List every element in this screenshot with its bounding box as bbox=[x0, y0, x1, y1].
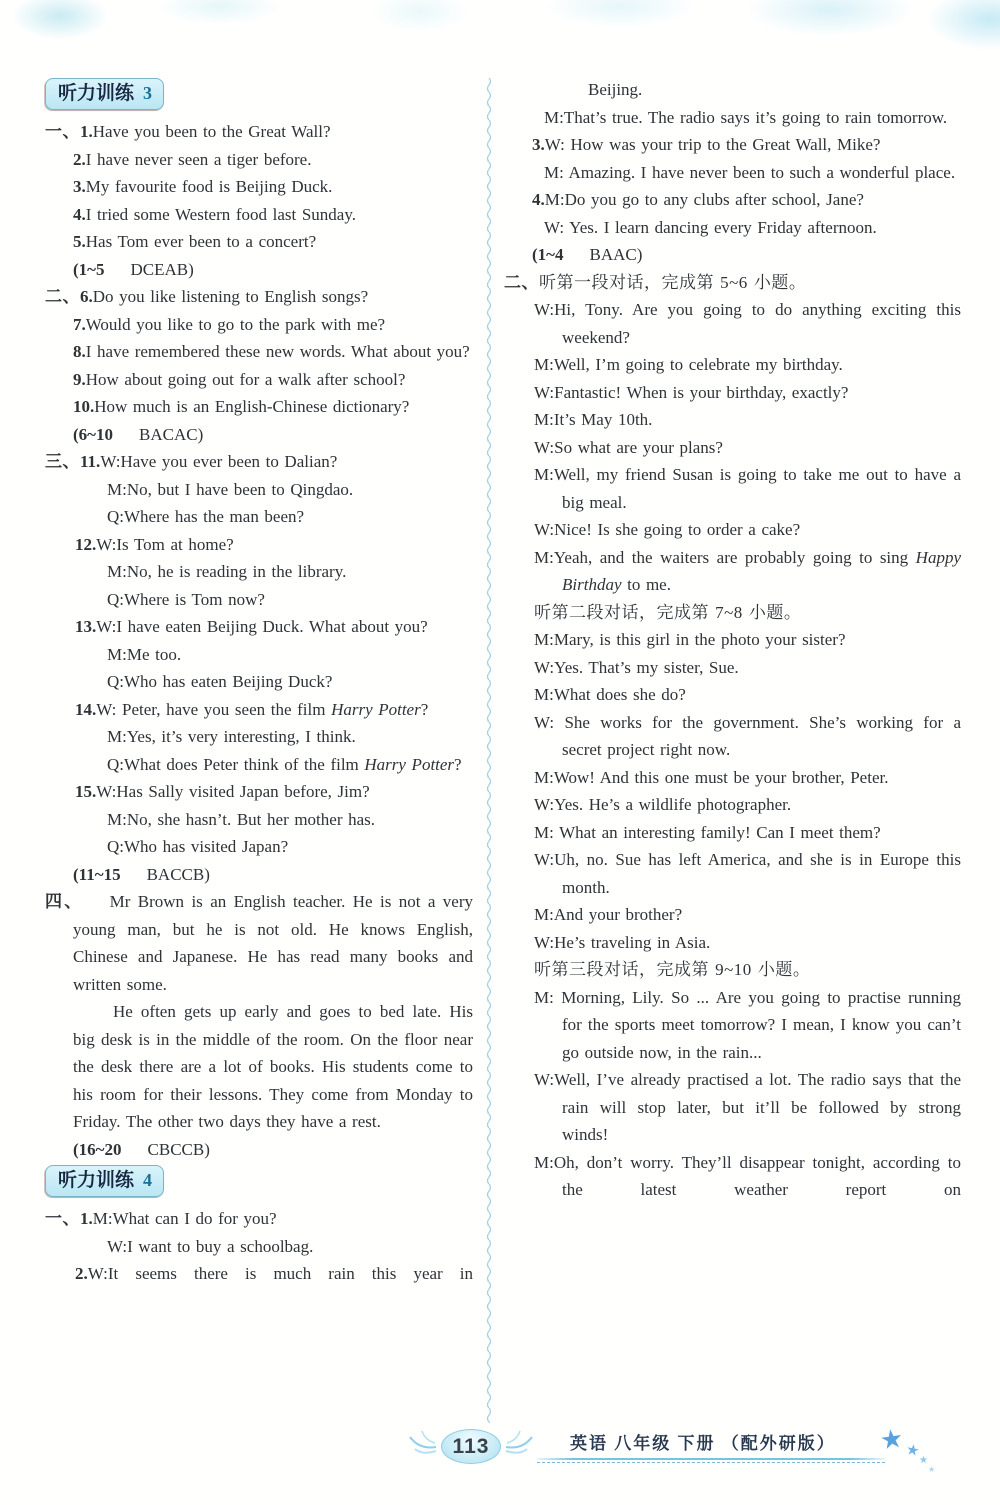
column-divider bbox=[483, 78, 495, 1428]
text-line: M:Mary, is this girl in the photo your s… bbox=[504, 626, 961, 654]
text-segment: 14. bbox=[75, 700, 96, 719]
text-line: M:Oh, don’t worry. They’ll disappear ton… bbox=[504, 1149, 961, 1204]
text-segment: He often gets up early and goes to bed l… bbox=[73, 1002, 473, 1131]
text-line: M:What does she do? bbox=[504, 681, 961, 709]
text-segment: DCEAB) bbox=[131, 260, 194, 279]
text-segment: (1~4 bbox=[532, 245, 564, 264]
text-segment: W: Yes. I learn dancing every Friday aft… bbox=[544, 218, 877, 237]
text-line: 4.M:Do you go to any clubs after school,… bbox=[504, 186, 961, 214]
badge-number: 3 bbox=[143, 83, 152, 103]
text-segment: Have you been to the Great Wall? bbox=[93, 122, 331, 141]
star-icon: ★ bbox=[919, 1456, 928, 1466]
text-line: 13.W:I have eaten Beijing Duck. What abo… bbox=[45, 613, 473, 641]
text-segment: W:I have eaten Beijing Duck. What about … bbox=[96, 617, 427, 636]
text-segment: W:It seems there is much rain this year … bbox=[88, 1264, 473, 1283]
text-segment: 3. bbox=[73, 177, 86, 196]
text-segment: M: Morning, Lily. So ... Are you going t… bbox=[534, 988, 961, 1062]
text-segment: W:Fantastic! When is your birthday, exac… bbox=[534, 383, 848, 402]
text-line: W:Yes. That’s my sister, Sue. bbox=[504, 654, 961, 682]
text-segment: M:That’s true. The radio says it’s going… bbox=[544, 108, 947, 127]
text-line: 二、6.Do you like listening to English son… bbox=[45, 283, 473, 311]
footer-book-title: 英语 八年级 下册 （配外研版） bbox=[570, 1429, 836, 1454]
text-line: M: What an interesting family! Can I mee… bbox=[504, 819, 961, 847]
text-line: W:Yes. He’s a wildlife photographer. bbox=[504, 791, 961, 819]
text-line: 二、听第一段对话，完成第 5~6 小题。 bbox=[504, 269, 961, 297]
text-segment: M: Amazing. I have never been to such a … bbox=[544, 163, 955, 182]
text-line: (6~10BACAC) bbox=[45, 421, 473, 449]
text-segment: Do you like listening to English songs? bbox=[93, 287, 368, 306]
text-segment: 15. bbox=[75, 782, 96, 801]
text-segment: How much is an English-Chinese dictionar… bbox=[94, 397, 409, 416]
text-segment: 12. bbox=[75, 535, 96, 554]
text-segment: 1. bbox=[80, 1209, 93, 1228]
text-segment: 3. bbox=[532, 135, 545, 154]
text-line: Q:Who has visited Japan? bbox=[45, 833, 473, 861]
text-line: W:Nice! Is she going to order a cake? bbox=[504, 516, 961, 544]
text-line: M:Well, my friend Susan is going to take… bbox=[504, 461, 961, 516]
section-badge: 听力训练3 bbox=[45, 78, 164, 110]
text-line: 三、11.W:Have you ever been to Dalian? bbox=[45, 448, 473, 476]
text-line: W: Yes. I learn dancing every Friday aft… bbox=[504, 214, 961, 242]
badge-label: 听力训练 bbox=[58, 83, 134, 104]
text-segment: Q:Where has the man been? bbox=[107, 507, 304, 526]
footer-rule-bottom bbox=[537, 1462, 885, 1463]
text-segment: M:What does she do? bbox=[534, 685, 686, 704]
text-segment: M:What can I do for you? bbox=[93, 1209, 277, 1228]
text-segment: M:Do you go to any clubs after school, J… bbox=[545, 190, 864, 209]
text-line: W:Hi, Tony. Are you going to do anything… bbox=[504, 296, 961, 351]
text-segment: M:No, she hasn’t. But her mother has. bbox=[107, 810, 375, 829]
text-line: 12.W:Is Tom at home? bbox=[45, 531, 473, 559]
text-segment: 4. bbox=[73, 205, 86, 224]
text-line: M:No, he is reading in the library. bbox=[45, 558, 473, 586]
text-segment: W:He’s traveling in Asia. bbox=[534, 933, 710, 952]
text-line: M:Yes, it’s very interesting, I think. bbox=[45, 723, 473, 751]
text-segment: W:Uh, no. Sue has left America, and she … bbox=[534, 850, 961, 897]
text-segment: Harry Potter bbox=[331, 700, 421, 719]
text-segment: W:Is Tom at home? bbox=[96, 535, 233, 554]
text-line: 9.How about going out for a walk after s… bbox=[45, 366, 473, 394]
text-segment: 2. bbox=[73, 150, 86, 169]
text-line: 15.W:Has Sally visited Japan before, Jim… bbox=[45, 778, 473, 806]
star-icon: ★ bbox=[878, 1426, 905, 1455]
text-line: 2.W:It seems there is much rain this yea… bbox=[45, 1260, 473, 1288]
page-body: 听力训练3一、1.Have you been to the Great Wall… bbox=[45, 76, 970, 1428]
text-line: W:So what are your plans? bbox=[504, 434, 961, 462]
text-segment: Harry Potter bbox=[364, 755, 454, 774]
star-icon: ★ bbox=[928, 1466, 935, 1474]
text-segment: W:So what are your plans? bbox=[534, 438, 723, 457]
text-segment: W: How was your trip to the Great Wall, … bbox=[545, 135, 881, 154]
text-line: 8.I have remembered these new words. Wha… bbox=[45, 338, 473, 366]
footer-stars-decoration: ★ ★ ★ ★ bbox=[876, 1425, 966, 1485]
text-segment: BACCB) bbox=[147, 865, 210, 884]
text-segment: W:Nice! Is she going to order a cake? bbox=[534, 520, 800, 539]
text-segment: 10. bbox=[73, 397, 94, 416]
text-line: Q:What does Peter think of the film Harr… bbox=[45, 751, 473, 779]
text-segment: (6~10 bbox=[73, 425, 113, 444]
text-segment: 三、 bbox=[45, 452, 80, 471]
left-column: 听力训练3一、1.Have you been to the Great Wall… bbox=[45, 76, 473, 1288]
text-segment: 四、 bbox=[45, 892, 84, 911]
text-segment: 8. bbox=[73, 342, 86, 361]
text-line: He often gets up early and goes to bed l… bbox=[45, 998, 473, 1136]
text-segment: M:And your brother? bbox=[534, 905, 682, 924]
text-segment: 1. bbox=[80, 122, 93, 141]
text-segment: W: She works for the government. She’s w… bbox=[534, 713, 961, 760]
text-line: W:Fantastic! When is your birthday, exac… bbox=[504, 379, 961, 407]
text-segment: M:No, he is reading in the library. bbox=[107, 562, 346, 581]
text-segment: M: What an interesting family! Can I mee… bbox=[534, 823, 881, 842]
text-line: (1~4BAAC) bbox=[504, 241, 961, 269]
text-segment: M:Wow! And this one must be your brother… bbox=[534, 768, 888, 787]
text-line: (11~15BACCB) bbox=[45, 861, 473, 889]
text-segment: W: Peter, have you seen the film bbox=[96, 700, 331, 719]
text-line: 7.Would you like to go to the park with … bbox=[45, 311, 473, 339]
text-segment: ? bbox=[454, 755, 462, 774]
text-segment: (16~20 bbox=[73, 1140, 122, 1159]
text-line: Beijing. bbox=[504, 76, 961, 104]
text-segment: 一、 bbox=[45, 122, 80, 141]
text-line: 听第三段对话，完成第 9~10 小题。 bbox=[504, 956, 961, 984]
text-segment: 听第一段对话，完成第 5~6 小题。 bbox=[539, 273, 806, 292]
text-line: M:No, she hasn’t. But her mother has. bbox=[45, 806, 473, 834]
text-line: Q:Where has the man been? bbox=[45, 503, 473, 531]
text-segment: M:Yeah, and the waiters are probably goi… bbox=[534, 548, 916, 567]
text-segment: ? bbox=[421, 700, 429, 719]
page-footer: 113 英语 八年级 下册 （配外研版） ★ ★ ★ ★ bbox=[0, 1421, 1000, 1501]
text-segment: I have never seen a tiger before. bbox=[86, 150, 312, 169]
text-segment: Has Tom ever been to a concert? bbox=[86, 232, 316, 251]
text-segment: Q:Who has visited Japan? bbox=[107, 837, 288, 856]
text-segment: (11~15 bbox=[73, 865, 121, 884]
text-line: W:Uh, no. Sue has left America, and she … bbox=[504, 846, 961, 901]
text-segment: Q:What does Peter think of the film bbox=[107, 755, 364, 774]
text-segment: 一、 bbox=[45, 1209, 80, 1228]
text-segment: Q:Who has eaten Beijing Duck? bbox=[107, 672, 332, 691]
text-segment: Would you like to go to the park with me… bbox=[86, 315, 385, 334]
text-segment: 2. bbox=[75, 1264, 88, 1283]
text-line: (16~20CBCCB) bbox=[45, 1136, 473, 1164]
footer-rule-top bbox=[537, 1458, 885, 1460]
text-line: M:Me too. bbox=[45, 641, 473, 669]
text-segment: M:Well, I’m going to celebrate my birthd… bbox=[534, 355, 843, 374]
text-segment: W:Yes. That’s my sister, Sue. bbox=[534, 658, 739, 677]
page-number-badge: 113 bbox=[408, 1427, 534, 1466]
footer-rule bbox=[537, 1458, 885, 1463]
text-line: 4.I tried some Western food last Sunday. bbox=[45, 201, 473, 229]
text-segment: 9. bbox=[73, 370, 86, 389]
section-badge: 听力训练4 bbox=[45, 1165, 164, 1197]
text-line: 3.W: How was your trip to the Great Wall… bbox=[504, 131, 961, 159]
text-segment: Q:Where is Tom now? bbox=[107, 590, 265, 609]
badge-number: 4 bbox=[143, 1170, 152, 1190]
text-segment: Mr Brown is an English teacher. He is no… bbox=[73, 892, 473, 994]
text-segment: (1~5 bbox=[73, 260, 105, 279]
text-line: W:He’s traveling in Asia. bbox=[504, 929, 961, 957]
text-segment: M:Yes, it’s very interesting, I think. bbox=[107, 727, 356, 746]
text-segment: M:No, but I have been to Qingdao. bbox=[107, 480, 353, 499]
text-segment: M:Oh, don’t worry. They’ll disappear ton… bbox=[534, 1153, 961, 1200]
text-segment: to me. bbox=[622, 575, 671, 594]
text-segment: 听第三段对话，完成第 9~10 小题。 bbox=[534, 960, 810, 979]
text-segment: Beijing. bbox=[588, 80, 642, 99]
text-line: 5.Has Tom ever been to a concert? bbox=[45, 228, 473, 256]
text-line: (1~5DCEAB) bbox=[45, 256, 473, 284]
text-line: M:And your brother? bbox=[504, 901, 961, 929]
text-line: 四、Mr Brown is an English teacher. He is … bbox=[45, 888, 473, 998]
text-line: W:I want to buy a schoolbag. bbox=[45, 1233, 473, 1261]
page-number-oval: 113 bbox=[441, 1429, 501, 1464]
text-line: M:No, but I have been to Qingdao. bbox=[45, 476, 473, 504]
text-line: 2.I have never seen a tiger before. bbox=[45, 146, 473, 174]
text-segment: How about going out for a walk after sch… bbox=[86, 370, 406, 389]
right-column: Beijing.M:That’s true. The radio says it… bbox=[504, 76, 961, 1204]
section-badge-row: 听力训练4 bbox=[45, 1165, 473, 1197]
text-segment: 11. bbox=[80, 452, 100, 471]
text-segment: 二、 bbox=[504, 273, 539, 292]
text-segment: W:Have you ever been to Dalian? bbox=[100, 452, 337, 471]
section-badge-row: 听力训练3 bbox=[45, 78, 473, 110]
text-segment: M:Well, my friend Susan is going to take… bbox=[534, 465, 961, 512]
page-number: 113 bbox=[453, 1435, 490, 1459]
text-line: W: She works for the government. She’s w… bbox=[504, 709, 961, 764]
text-segment: W:Yes. He’s a wildlife photographer. bbox=[534, 795, 791, 814]
right-wing-decoration bbox=[504, 1427, 534, 1466]
left-wing-decoration bbox=[408, 1427, 438, 1466]
text-line: M:Yeah, and the waiters are probably goi… bbox=[504, 544, 961, 599]
text-line: M:That’s true. The radio says it’s going… bbox=[504, 104, 961, 132]
text-line: M: Morning, Lily. So ... Are you going t… bbox=[504, 984, 961, 1067]
text-line: Q:Who has eaten Beijing Duck? bbox=[45, 668, 473, 696]
text-segment: CBCCB) bbox=[148, 1140, 210, 1159]
text-segment: W:Well, I’ve already practised a lot. Th… bbox=[534, 1070, 961, 1144]
text-segment: 5. bbox=[73, 232, 86, 251]
text-line: 10.How much is an English-Chinese dictio… bbox=[45, 393, 473, 421]
text-segment: M:Me too. bbox=[107, 645, 181, 664]
text-segment: BACAC) bbox=[139, 425, 203, 444]
text-segment: W:I want to buy a schoolbag. bbox=[107, 1237, 313, 1256]
text-segment: 13. bbox=[75, 617, 96, 636]
text-segment: M:Mary, is this girl in the photo your s… bbox=[534, 630, 846, 649]
text-line: Q:Where is Tom now? bbox=[45, 586, 473, 614]
text-segment: My favourite food is Beijing Duck. bbox=[86, 177, 333, 196]
text-segment: 二、 bbox=[45, 287, 80, 306]
text-segment: W:Hi, Tony. Are you going to do anything… bbox=[534, 300, 961, 347]
text-segment: M:It’s May 10th. bbox=[534, 410, 652, 429]
top-watermark-decoration bbox=[0, 0, 1000, 64]
text-segment: BAAC) bbox=[590, 245, 643, 264]
text-line: M: Amazing. I have never been to such a … bbox=[504, 159, 961, 187]
text-segment: W:Has Sally visited Japan before, Jim? bbox=[96, 782, 369, 801]
text-segment: 6. bbox=[80, 287, 93, 306]
textbook-page: 听力训练3一、1.Have you been to the Great Wall… bbox=[0, 0, 1000, 1505]
text-line: W:Well, I’ve already practised a lot. Th… bbox=[504, 1066, 961, 1149]
text-line: 听第二段对话，完成第 7~8 小题。 bbox=[504, 599, 961, 627]
text-line: 一、1.Have you been to the Great Wall? bbox=[45, 118, 473, 146]
text-line: M:It’s May 10th. bbox=[504, 406, 961, 434]
text-segment: 7. bbox=[73, 315, 86, 334]
badge-label: 听力训练 bbox=[58, 1170, 134, 1191]
text-segment: 4. bbox=[532, 190, 545, 209]
wavy-line bbox=[483, 78, 495, 1423]
text-segment: 听第二段对话，完成第 7~8 小题。 bbox=[534, 603, 801, 622]
text-line: M:Wow! And this one must be your brother… bbox=[504, 764, 961, 792]
text-segment: I tried some Western food last Sunday. bbox=[86, 205, 356, 224]
text-line: M:Well, I’m going to celebrate my birthd… bbox=[504, 351, 961, 379]
text-line: 3.My favourite food is Beijing Duck. bbox=[45, 173, 473, 201]
text-line: 14.W: Peter, have you seen the film Harr… bbox=[45, 696, 473, 724]
text-segment: I have remembered these new words. What … bbox=[86, 342, 470, 361]
text-line: 一、1.M:What can I do for you? bbox=[45, 1205, 473, 1233]
